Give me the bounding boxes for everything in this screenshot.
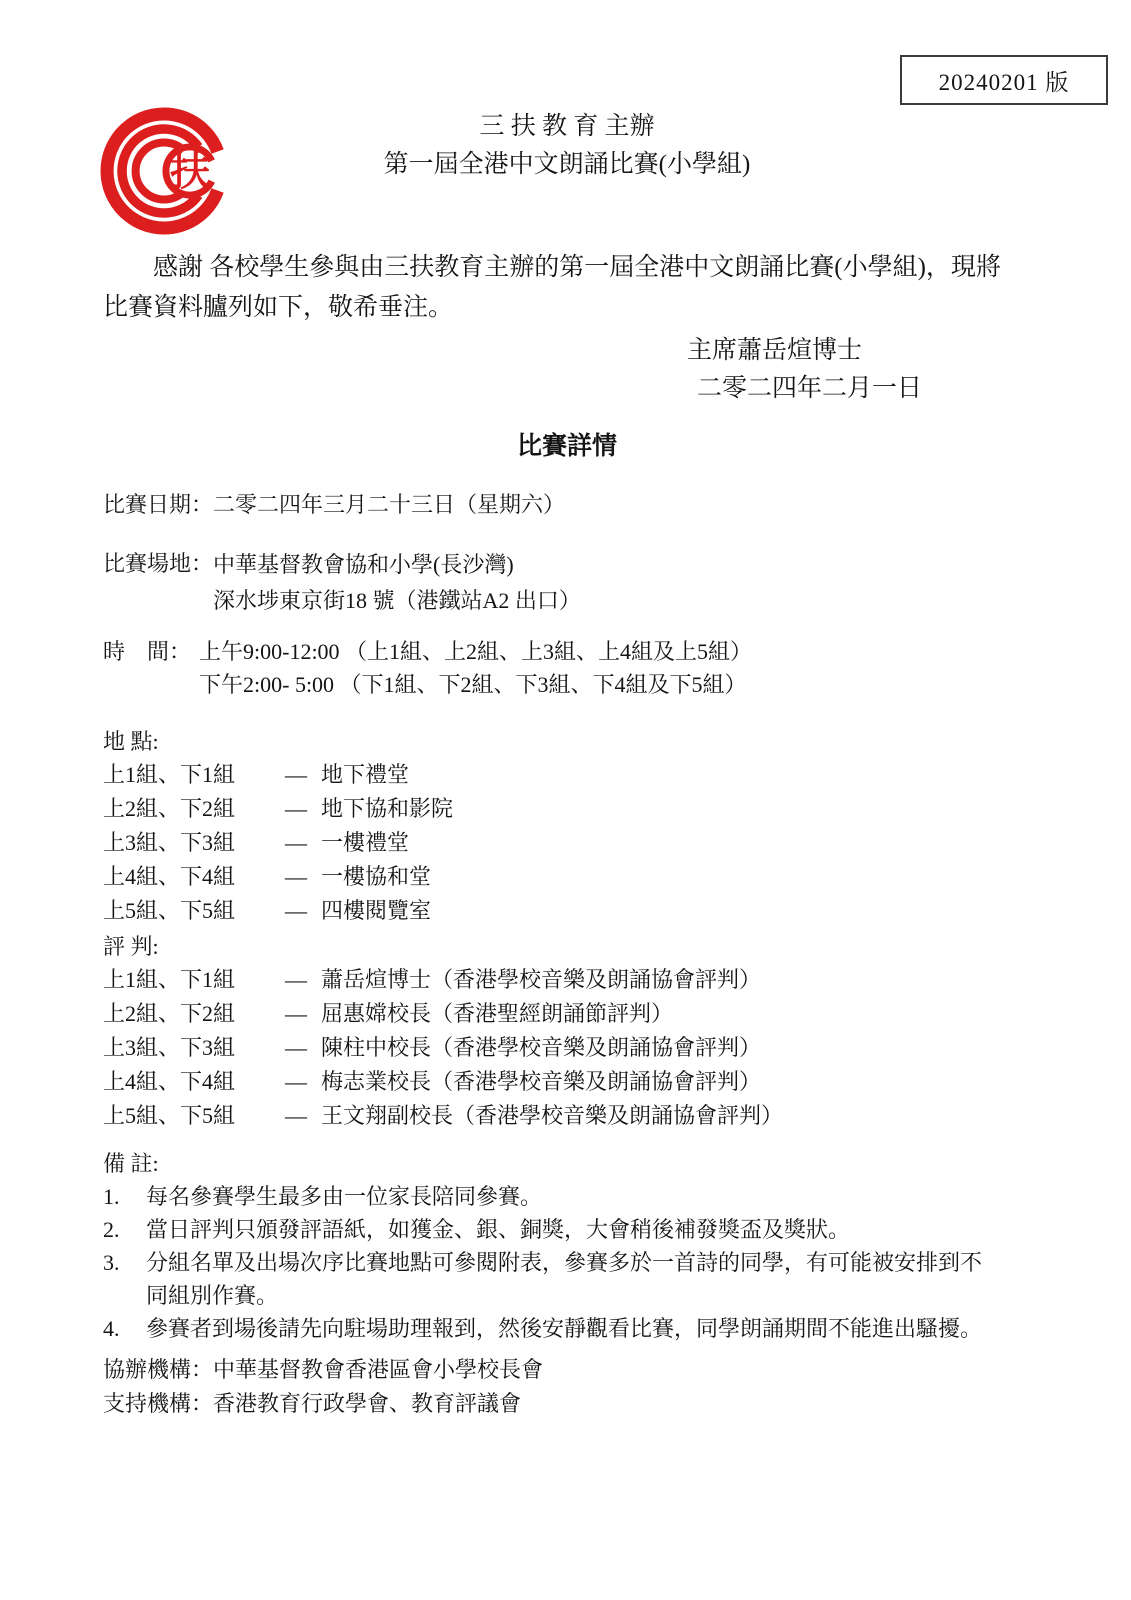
note-item: 2. 當日評判只頒發評語紙，如獲金、銀、銅獎，大會稍後補發獎盃及獎狀。 — [103, 1213, 1031, 1246]
note-line: 每名參賽學生最多由一位家長陪同參賽。 — [146, 1180, 542, 1213]
location-row: 上5組、下5組 — 四樓閱覽室 — [103, 894, 1031, 928]
details-heading: 比賽詳情 — [103, 430, 1031, 464]
venue-line-1: 中華基督教會協和小學(長沙灣) — [213, 547, 581, 583]
location-row: 上1組、下1組 — 地下禮堂 — [103, 758, 1031, 792]
time-line-1: 上午9:00-12:00 （上1組、上2組、上3組、上4組及上5組） — [199, 635, 752, 668]
notes-heading: 備 註: — [103, 1147, 1031, 1180]
note-item: 4. 參賽者到場後請先向駐場助理報到，然後安靜觀看比賽，同學朗誦期間不能進出騷擾… — [103, 1312, 1031, 1345]
competition-title: 第一屆全港中文朗誦比賽(小學組) — [103, 146, 1031, 184]
dash-separator: — — [285, 826, 321, 860]
location-value: 四樓閱覽室 — [321, 894, 431, 928]
note-line: 參賽者到場後請先向駐場助理報到，然後安靜觀看比賽，同學朗誦期間不能進出騷擾。 — [146, 1312, 982, 1345]
signature-block: 主席蕭岳煊博士 二零二四年二月一日 — [103, 332, 1031, 408]
time-label: 時 間： — [103, 635, 199, 701]
dash-separator: — — [285, 997, 321, 1031]
co-organizer-line: 協辦機構：中華基督教會香港區會小學校長會 — [103, 1353, 1031, 1387]
dash-separator: — — [285, 963, 321, 997]
location-row: 上3組、下3組 — 一樓禮堂 — [103, 826, 1031, 860]
date-label: 比賽日期： — [103, 488, 213, 521]
note-text: 參賽者到場後請先向駐場助理報到，然後安靜觀看比賽，同學朗誦期間不能進出騷擾。 — [146, 1312, 982, 1345]
dash-separator: — — [285, 1031, 321, 1065]
note-text: 分組名單及出場次序比賽地點可參閱附表，參賽多於一首詩的同學，有可能被安排到不 同… — [146, 1246, 982, 1312]
document-content: 三 扶 教 育 主辦 第一屆全港中文朗誦比賽(小學組) 感謝 各校學生參與由三扶… — [0, 0, 1131, 1421]
organizer-line: 三 扶 教 育 主辦 — [103, 108, 1031, 146]
judge-value: 陳柱中校長（香港學校音樂及朗誦協會評判） — [321, 1031, 761, 1065]
competition-venue-row: 比賽場地： 中華基督教會協和小學(長沙灣) 深水埗東京街18 號（港鐵站A2 出… — [103, 547, 1031, 619]
intro-line-1: 感謝 各校學生參與由三扶教育主辦的第一屆全港中文朗誦比賽(小學組)，現將 — [103, 248, 1031, 288]
note-number: 2. — [103, 1213, 146, 1246]
intro-paragraph: 感謝 各校學生參與由三扶教育主辦的第一屆全港中文朗誦比賽(小學組)，現將 比賽資… — [103, 248, 1031, 328]
location-group: 上5組、下5組 — [103, 894, 285, 928]
venue-value: 中華基督教會協和小學(長沙灣) 深水埗東京街18 號（港鐵站A2 出口） — [213, 547, 581, 619]
note-line: 分組名單及出場次序比賽地點可參閱附表，參賽多於一首詩的同學，有可能被安排到不 — [146, 1246, 982, 1279]
judges-heading: 評 判: — [103, 930, 1031, 963]
dash-separator: — — [285, 758, 321, 792]
judge-row: 上2組、下2組 — 屈惠嫦校長（香港聖經朗誦節評判） — [103, 997, 1031, 1031]
notes-list: 1. 每名參賽學生最多由一位家長陪同參賽。 2. 當日評判只頒發評語紙，如獲金、… — [103, 1180, 1031, 1345]
letter-date: 二零二四年二月一日 — [103, 370, 1031, 408]
dash-separator: — — [285, 860, 321, 894]
location-value: 地下協和影院 — [321, 792, 453, 826]
judge-group: 上2組、下2組 — [103, 997, 285, 1031]
judge-row: 上3組、下3組 — 陳柱中校長（香港學校音樂及朗誦協會評判） — [103, 1031, 1031, 1065]
location-group: 上1組、下1組 — [103, 758, 285, 792]
note-number: 1. — [103, 1180, 146, 1213]
note-line: 當日評判只頒發評語紙，如獲金、銀、銅獎，大會稍後補發獎盃及獎狀。 — [146, 1213, 850, 1246]
note-line: 同組別作賽。 — [146, 1279, 982, 1312]
note-item: 3. 分組名單及出場次序比賽地點可參閱附表，參賽多於一首詩的同學，有可能被安排到… — [103, 1246, 1031, 1312]
note-number: 3. — [103, 1246, 146, 1312]
location-value: 地下禮堂 — [321, 758, 409, 792]
locations-heading: 地 點: — [103, 725, 1031, 758]
location-row: 上2組、下2組 — 地下協和影院 — [103, 792, 1031, 826]
time-line-2: 下午2:00- 5:00 （下1組、下2組、下3組、下4組及下5組） — [199, 668, 752, 701]
note-item: 1. 每名參賽學生最多由一位家長陪同參賽。 — [103, 1180, 1031, 1213]
dash-separator: — — [285, 1065, 321, 1099]
date-value: 二零二四年三月二十三日（星期六） — [213, 488, 565, 521]
judge-row: 上1組、下1組 — 蕭岳煊博士（香港學校音樂及朗誦協會評判） — [103, 963, 1031, 997]
organizations-block: 協辦機構：中華基督教會香港區會小學校長會 支持機構：香港教育行政學會、教育評議會 — [103, 1353, 1031, 1421]
note-text: 當日評判只頒發評語紙，如獲金、銀、銅獎，大會稍後補發獎盃及獎狀。 — [146, 1213, 850, 1246]
judge-value: 蕭岳煊博士（香港學校音樂及朗誦協會評判） — [321, 963, 761, 997]
dash-separator: — — [285, 1099, 321, 1133]
note-number: 4. — [103, 1312, 146, 1345]
judge-row: 上4組、下4組 — 梅志業校長（香港學校音樂及朗誦協會評判） — [103, 1065, 1031, 1099]
judge-value: 王文翔副校長（香港學校音樂及朗誦協會評判） — [321, 1099, 783, 1133]
dash-separator: — — [285, 792, 321, 826]
location-group: 上4組、下4組 — [103, 860, 285, 894]
judge-row: 上5組、下5組 — 王文翔副校長（香港學校音樂及朗誦協會評判） — [103, 1099, 1031, 1133]
location-value: 一樓協和堂 — [321, 860, 431, 894]
judge-group: 上5組、下5組 — [103, 1099, 285, 1133]
document-header: 三 扶 教 育 主辦 第一屆全港中文朗誦比賽(小學組) — [103, 108, 1031, 184]
location-group: 上3組、下3組 — [103, 826, 285, 860]
location-value: 一樓禮堂 — [321, 826, 409, 860]
document-page: 20240201 版 扶 三 扶 教 育 主辦 第一屆全港中文朗誦比賽(小學組)… — [0, 0, 1131, 1600]
intro-line-2: 比賽資料臚列如下，敬希垂注。 — [103, 288, 1031, 328]
judges-list: 上1組、下1組 — 蕭岳煊博士（香港學校音樂及朗誦協會評判） 上2組、下2組 —… — [103, 963, 1031, 1133]
note-text: 每名參賽學生最多由一位家長陪同參賽。 — [146, 1180, 542, 1213]
judge-group: 上3組、下3組 — [103, 1031, 285, 1065]
judge-group: 上1組、下1組 — [103, 963, 285, 997]
location-group: 上2組、下2組 — [103, 792, 285, 826]
judge-group: 上4組、下4組 — [103, 1065, 285, 1099]
supporter-line: 支持機構：香港教育行政學會、教育評議會 — [103, 1387, 1031, 1421]
venue-label: 比賽場地： — [103, 547, 213, 619]
time-value: 上午9:00-12:00 （上1組、上2組、上3組、上4組及上5組） 下午2:0… — [199, 635, 752, 701]
dash-separator: — — [285, 894, 321, 928]
venue-line-2: 深水埗東京街18 號（港鐵站A2 出口） — [213, 583, 581, 619]
locations-list: 上1組、下1組 — 地下禮堂 上2組、下2組 — 地下協和影院 上3組、下3組 … — [103, 758, 1031, 928]
location-row: 上4組、下4組 — 一樓協和堂 — [103, 860, 1031, 894]
judge-value: 屈惠嫦校長（香港聖經朗誦節評判） — [321, 997, 673, 1031]
competition-date-row: 比賽日期：二零二四年三月二十三日（星期六） — [103, 488, 1031, 521]
competition-time-row: 時 間： 上午9:00-12:00 （上1組、上2組、上3組、上4組及上5組） … — [103, 635, 1031, 701]
judge-value: 梅志業校長（香港學校音樂及朗誦協會評判） — [321, 1065, 761, 1099]
chairman-signature: 主席蕭岳煊博士 — [103, 332, 1031, 370]
